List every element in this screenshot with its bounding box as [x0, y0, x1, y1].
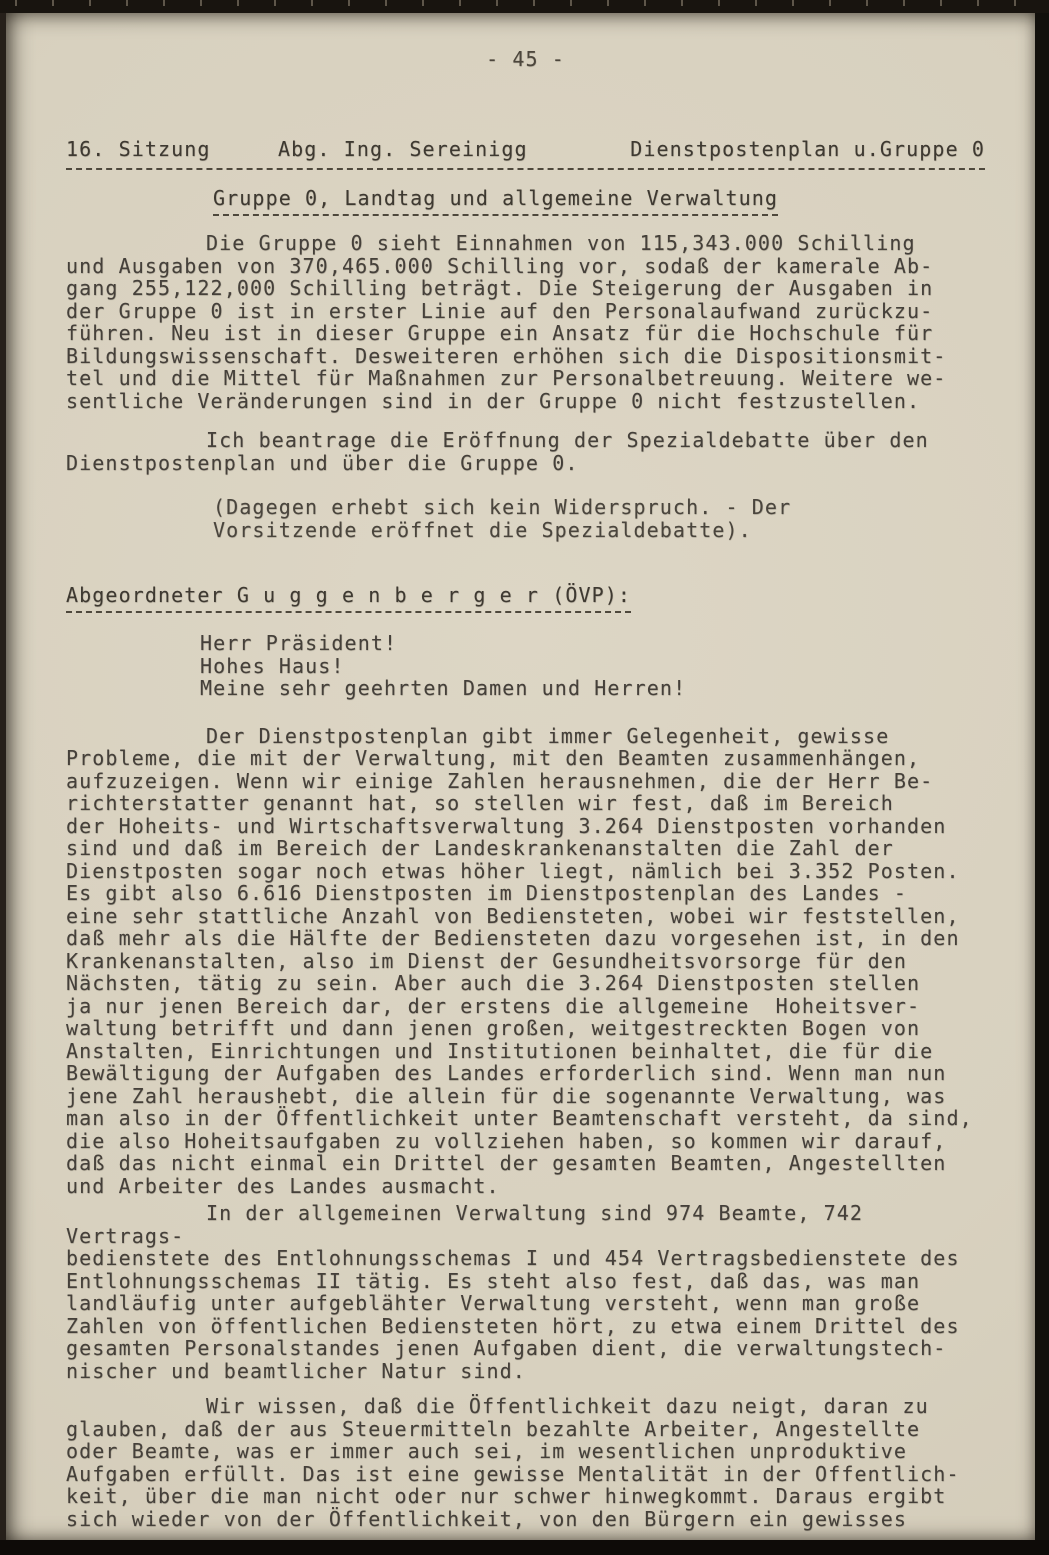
report-paragraph: Ich beantrage die Eröffnung der Speziald… — [66, 429, 985, 474]
speech-paragraph: Wir wissen, daß die Öffentlichkeit dazu … — [66, 1395, 985, 1530]
film-edge-left — [0, 0, 6, 1555]
section-heading: Gruppe 0, Landtag und allgemeine Verwalt… — [213, 187, 778, 216]
speech-paragraph: Der Dienstpostenplan gibt immer Gelegenh… — [66, 725, 985, 1198]
film-edge-right — [1035, 0, 1049, 1555]
page-number: - 45 - — [66, 48, 985, 71]
speech-paragraph: In der allgemeinen Verwaltung sind 974 B… — [66, 1202, 985, 1382]
document-page: - 45 - 16. Sitzung Abg. Ing. Sereinigg D… — [6, 13, 1035, 1540]
film-edge-bottom — [0, 1540, 1049, 1555]
section-heading-row: Gruppe 0, Landtag und allgemeine Verwalt… — [213, 187, 985, 217]
running-header: 16. Sitzung Abg. Ing. Sereinigg Dienstpo… — [66, 138, 985, 170]
running-header-session: 16. Sitzung — [66, 138, 211, 161]
film-edge-top — [0, 0, 1049, 13]
report-paragraph: Die Gruppe 0 sieht Einnahmen von 115,343… — [66, 232, 985, 412]
stage-direction: (Dagegen erhebt sich kein Widerspruch. -… — [213, 496, 985, 541]
scanned-document: - 45 - 16. Sitzung Abg. Ing. Sereinigg D… — [0, 0, 1049, 1555]
speaker-heading: Abgeordneter G u g g e n b e r g e r (ÖV… — [66, 584, 631, 613]
running-header-topic: Dienstpostenplan u.Gruppe 0 — [630, 138, 985, 161]
speaker-heading-row: Abgeordneter G u g g e n b e r g e r (ÖV… — [66, 584, 985, 614]
salutation: Herr Präsident! Hohes Haus! Meine sehr g… — [200, 632, 985, 700]
running-header-speaker-ref: Abg. Ing. Sereinigg — [278, 138, 528, 161]
